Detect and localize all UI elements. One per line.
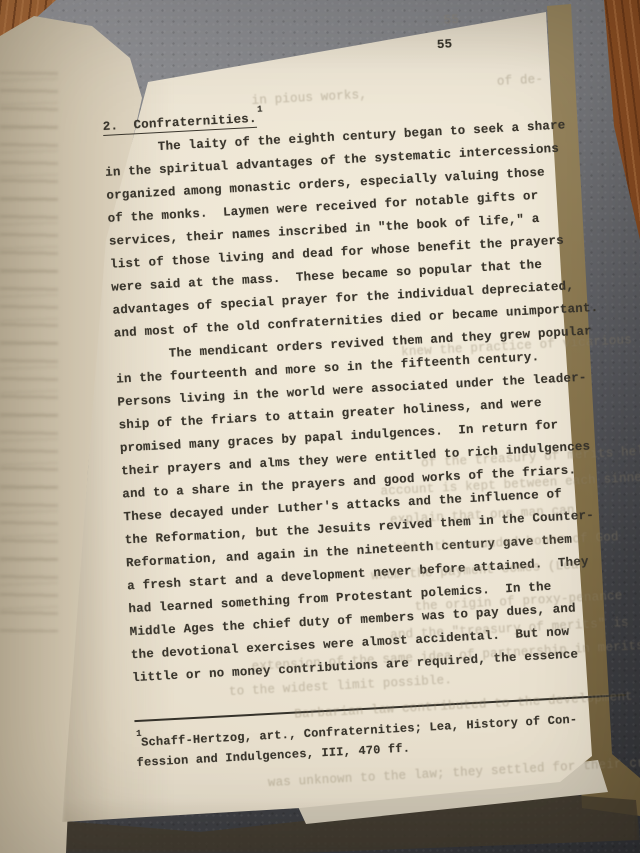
footnote-number: 1 [136, 729, 142, 739]
footnote-reference-mark: 1 [257, 104, 263, 114]
bleedthrough-text: 55 [443, 9, 460, 33]
bleedthrough-text: of de- [496, 68, 543, 93]
page-number: 55 [436, 33, 453, 57]
paragraph-1: The laity of the eighth century began to… [103, 112, 629, 346]
typewritten-text-block: 55in pious works,of de-knew the practice… [102, 85, 640, 774]
photo-scene: 55in pious works,of de-knew the practice… [0, 0, 640, 853]
